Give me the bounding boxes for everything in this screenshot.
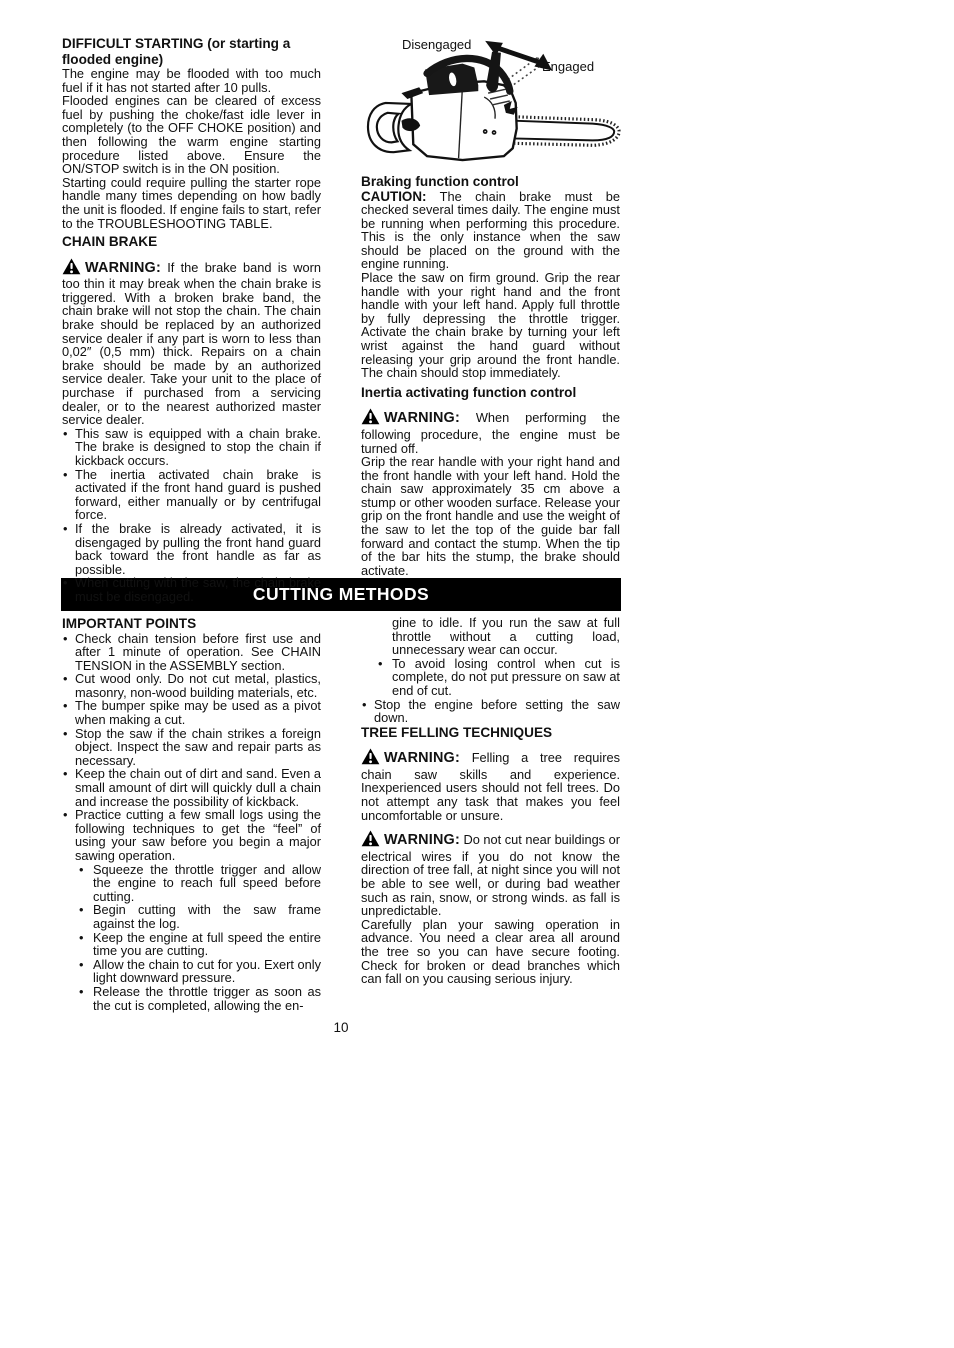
- bottom-section: IMPORTANT POINTS Check chain tension bef…: [62, 616, 620, 1012]
- warning-label: WARNING:: [384, 410, 460, 426]
- chainsaw-drawing: [364, 36, 629, 166]
- sub-bullet-item: Keep the engine at full speed the entire…: [62, 931, 321, 958]
- disengaged-label: Disengaged: [402, 38, 471, 52]
- braking-function-heading: Braking function control: [361, 174, 620, 190]
- caution-paragraph: CAUTION: The chain brake must be checked…: [361, 190, 620, 272]
- top-left-column: DIFFICULT STARTING (or starting a floode…: [62, 36, 321, 578]
- warning-triangle-icon: [62, 258, 81, 278]
- bullet-item: Cut wood only. Do not cut metal, plastic…: [62, 672, 321, 699]
- warning-text: If the brake band is worn too thin it ma…: [62, 260, 321, 428]
- sub-bullet-item: Begin cutting with the saw frame against…: [62, 903, 321, 930]
- paragraph: Starting could require pulling the start…: [62, 176, 321, 230]
- tree-felling-warning-2: WARNING: Do not cut near buildings or el…: [361, 830, 620, 918]
- important-points-heading: IMPORTANT POINTS: [62, 616, 321, 632]
- bullet-item: If the brake is already activated, it is…: [62, 522, 321, 576]
- page-number: 10: [62, 1020, 620, 1035]
- bullet-item: The bumper spike may be used as a pivot …: [62, 699, 321, 726]
- bullet-item: When cutting with the saw, the chain bra…: [62, 576, 321, 603]
- paragraph: Carefully plan your sawing operation in …: [361, 918, 620, 986]
- engaged-label: Engaged: [542, 60, 594, 74]
- bullet-item: This saw is equipped with a chain brake.…: [62, 427, 321, 468]
- warning-label: WARNING:: [384, 750, 460, 766]
- difficult-starting-heading: DIFFICULT STARTING (or starting a floode…: [62, 36, 321, 67]
- bullet-item: Check chain tension before first use and…: [62, 632, 321, 673]
- warning-triangle-icon: [361, 830, 380, 850]
- paragraph: The engine may be flooded with too much …: [62, 67, 321, 94]
- manual-page: DIFFICULT STARTING (or starting a floode…: [62, 36, 620, 1035]
- top-right-column: Disengaged Engaged Braking function cont…: [361, 36, 620, 578]
- sub-bullet-item: Allow the chain to cut for you. Exert on…: [62, 958, 321, 985]
- chain-brake-warning-paragraph: WARNING: If the brake band is worn too t…: [62, 258, 321, 427]
- sub-bullet-item: Release the throttle trigger as soon as …: [62, 985, 321, 1012]
- top-section: DIFFICULT STARTING (or starting a floode…: [62, 36, 620, 578]
- bullet-item: Keep the chain out of dirt and sand. Eve…: [62, 767, 321, 808]
- bullet-item: The inertia activated chain brake is act…: [62, 468, 321, 522]
- sub-bullet-item: Squeeze the throttle trigger and allow t…: [62, 863, 321, 904]
- inertia-warning-paragraph: WARNING: When performing the following p…: [361, 408, 620, 455]
- chain-brake-heading: CHAIN BRAKE: [62, 234, 321, 250]
- chainsaw-illustration: Disengaged Engaged: [364, 36, 629, 166]
- paragraph: Place the saw on firm ground. Grip the r…: [361, 271, 620, 380]
- bottom-right-column: gine to idle. If you run the saw at full…: [361, 616, 620, 1012]
- tree-felling-warning-1: WARNING: Felling a tree requires chain s…: [361, 748, 620, 822]
- tree-felling-heading: TREE FELLING TECHNIQUES: [361, 725, 620, 741]
- paragraph: Flooded engines can be cleared of excess…: [62, 94, 321, 176]
- warning-label: WARNING:: [384, 832, 460, 848]
- sub-bullet-item: To avoid losing control when cut is comp…: [361, 657, 620, 698]
- inertia-heading: Inertia activating function control: [361, 385, 620, 401]
- warning-triangle-icon: [361, 748, 380, 768]
- bullet-item: Practice cutting a few small logs using …: [62, 808, 321, 862]
- warning-triangle-icon: [361, 408, 380, 428]
- bullet-item: Stop the saw if the chain strikes a fore…: [62, 727, 321, 768]
- paragraph: Grip the rear handle with your right han…: [361, 455, 620, 577]
- bottom-left-column: IMPORTANT POINTS Check chain tension bef…: [62, 616, 321, 1012]
- bullet-item: Stop the engine before setting the saw d…: [361, 698, 620, 725]
- warning-label: WARNING:: [85, 260, 161, 276]
- continuation-text: gine to idle. If you run the saw at full…: [361, 616, 620, 657]
